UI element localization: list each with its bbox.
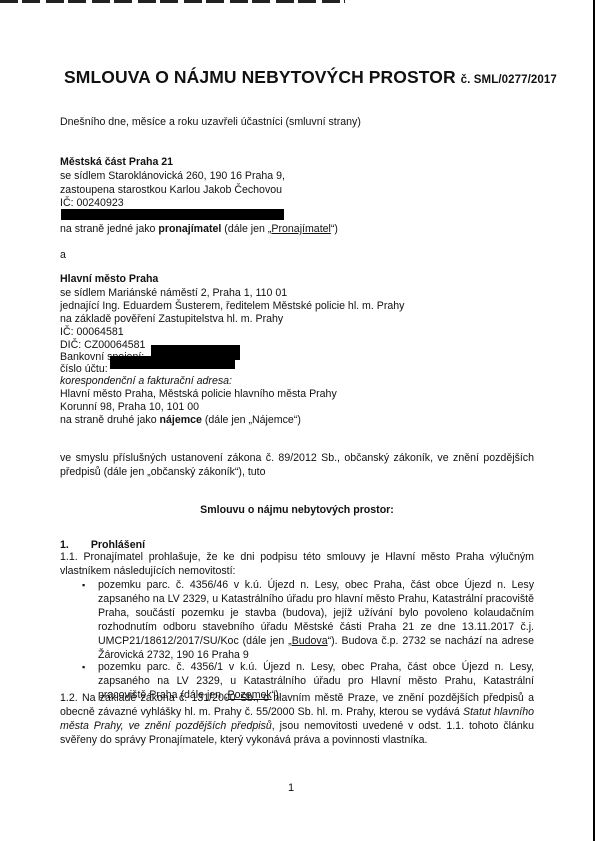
legal-basis: ve smyslu příslušných ustanovení zákona … [60,451,534,479]
intro-line: Dnešního dne, měsíce a roku uzavřeli úča… [60,115,361,129]
contract-title: SMLOUVA O NÁJMU NEBYTOVÝCH PROSTOR č. SM… [64,67,557,88]
party1-name: Městská část Praha 21 [60,155,173,169]
party2-ic: IČ: 00064581 [60,325,124,339]
party2-acting: jednající Ing. Eduardem Šusterem, ředite… [60,299,404,313]
conjunction: a [60,248,66,262]
party1-ic: IČ: 00240923 [60,196,124,210]
redaction-block [61,209,284,220]
party2-correspondence-address: Korunní 98, Praha 10, 101 00 [60,400,199,414]
party2-correspondence-label: korespondenční a fakturační adresa: [60,374,232,388]
paragraph-1-2: 1.2. Na základě zákona č. 131/2000 Sb., … [60,691,534,747]
party2-role-bold: nájemce [160,414,202,426]
title-main: SMLOUVA O NÁJMU NEBYTOVÝCH PROSTOR [64,67,456,87]
party2-role: na straně druhé jako nájemce (dále jen „… [60,413,301,427]
party1-alias: Pronajímatel [271,223,330,235]
bullet-icon: ▪ [82,660,85,674]
redaction-block [110,356,235,369]
party2-seat: se sídlem Mariánské náměstí 2, Praha 1, … [60,286,287,300]
party1-role: na straně jedné jako pronajímatel (dále … [60,222,338,236]
bullet-icon: ▪ [82,578,85,592]
scan-artifact-top-line [0,0,345,3]
party2-authorization: na základě pověření Zastupitelstva hl. m… [60,312,283,326]
contract-number: č. SML/0277/2017 [461,74,557,86]
page-number: 1 [288,782,294,794]
party1-seat: se sídlem Staroklánovická 260, 190 16 Pr… [60,169,285,183]
party2-correspondence-name: Hlavní město Praha, Městská policie hlav… [60,387,337,401]
party2-name: Hlavní město Praha [60,272,158,286]
party1-role-bold: pronajímatel [158,223,221,235]
contract-subtitle: Smlouvu o nájmu nebytových prostor: [60,504,534,516]
party1-represented: zastoupena starostkou Karlou Jakob Čecho… [60,183,282,197]
paragraph-1-1: 1.1. Pronajímatel prohlašuje, že ke dni … [60,550,534,578]
alias-budova: Budova [292,635,328,647]
list-item: ▪ pozemku parc. č. 4356/46 v k.ú. Újezd … [82,578,534,662]
